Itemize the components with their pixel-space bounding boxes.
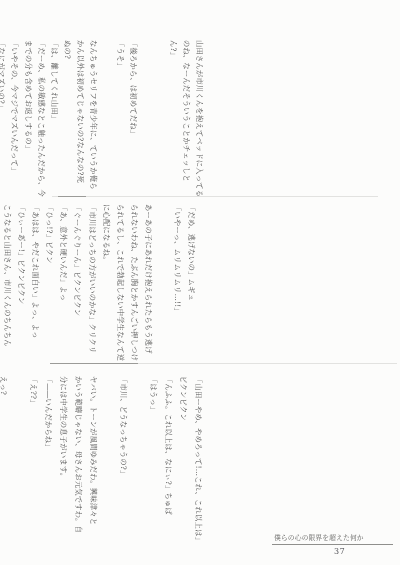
text-line: ぬの? [61, 36, 74, 190]
text-line: られないわね、たぶん胸とかすんごい押しつけ [127, 200, 141, 346]
text-line: 「ぐーんぐりーん」ビクンビクン [70, 200, 84, 346]
text-line [101, 36, 114, 190]
text-line: 「いやーっ、ムリムリムリ…!!」 [170, 200, 184, 346]
text-line: 「はうっ」 [146, 372, 161, 528]
text-line: 「なにがマズいの?」 [0, 36, 8, 190]
sideways-text-block-3-lines: 「山田ーやめ、やめろって!…これ、これ以上は」ビクンビクン「んふふ。これ以上は、… [0, 372, 206, 528]
page-number: 37 [334, 547, 397, 556]
footer-chapter-title: 僕らの心の限界を超えた何か [272, 532, 397, 542]
sideways-text-block-2-lines: 「だめ、逃げないの」ムギュ「いやーっ、ムリムリムリ…!!」あーあの子にあれだけ抱… [0, 200, 198, 346]
text-line [11, 372, 26, 528]
text-line: 「後ろから、は初めてだね」 [127, 36, 140, 190]
column-divider-rule-2-dark-segment [50, 363, 138, 364]
column-divider-rule-2 [50, 363, 397, 364]
sideways-text-block-3: 「山田ーやめ、やめろって!…これ、これ以上は」ビクンビクン「んふふ。これ以上は、… [50, 372, 397, 528]
text-line: あーあの子にあれだけ抱えられたらもう逃げ [141, 200, 155, 346]
text-line: ビクンビクン [176, 372, 191, 528]
text-line: こうなると山田さん、市川くんのちんちん [0, 200, 14, 346]
book-page: 山田さんが市川くんを抱えてベッドに入ってるのね、なーんだそういうことかチェッしと… [0, 0, 400, 565]
text-line: 「うそ」 [114, 36, 127, 190]
text-line [155, 200, 169, 346]
text-line: 分には中学生の息子がいます。 [56, 372, 71, 528]
text-line: かいう範疇じゃない、母さんお元気ですわ。自 [71, 372, 86, 528]
text-line: 「あ、意外と硬いんだ」よっ [56, 200, 70, 346]
text-line: 「ひっ!?」ビクン [42, 200, 56, 346]
text-line: ん?」 [166, 36, 179, 190]
text-line [131, 372, 146, 528]
text-line: 「ひぃーあ゙ー!」ビクンビクン [14, 200, 28, 346]
text-line: えっ? [0, 372, 11, 528]
text-line: かん以外は初めてじゃないの?なんなの?死 [74, 36, 87, 190]
column-divider-rule-1 [52, 196, 378, 197]
sideways-text-block-1: 山田さんが市川くんを抱えてベッドに入ってるのね、なーんだそういうことかチェッしと… [52, 36, 397, 190]
text-line: までの分も含めてお返しするの」 [21, 36, 34, 190]
text-line: られてるし、これで勃起しない中学生なんて逆 [113, 200, 127, 346]
text-line [101, 372, 116, 528]
text-line: ヤバい。トーンが風間ゆみだわ。興味津々と [86, 372, 101, 528]
text-line: 「市川はどっちの方がいいのかな」クリクリ [85, 200, 99, 346]
text-line: 「――いんだからね」 [41, 372, 56, 528]
text-line: 「いやその、今マジでマズいんだって」 [8, 36, 21, 190]
text-line: 「え??」 [26, 372, 41, 528]
sideways-text-block-2: 「だめ、逃げないの」ムギュ「いやーっ、ムリムリムリ…!!」あーあの子にあれだけ抱… [52, 200, 378, 346]
text-line: なんちゅうセリフを青少年に、ていうか俺ら [87, 36, 100, 190]
page-footer: 僕らの心の限界を超えた何か 37 [272, 532, 397, 556]
text-line: 「だめ、逃げないの」ムギュ [184, 200, 198, 346]
text-line: 「だーめ、私の敏感なとこ触ったんだから、今 [35, 36, 48, 190]
text-line: 「は、離してくれ山田」 [48, 36, 61, 190]
footer-rule [272, 544, 393, 545]
sideways-text-block-1-lines: 山田さんが市川くんを抱えてベッドに入ってるのね、なーんだそういうことかチェッしと… [0, 36, 206, 190]
text-line: のね、なーんだそういうことかチェッしと [180, 36, 193, 190]
text-line: 山田さんが市川くんを抱えてベッドに入ってる [193, 36, 206, 190]
text-line: 「あはは、やだこれ面白い」よっ、よっ [28, 200, 42, 346]
column-divider-rule-1-dark-segment [58, 196, 86, 197]
text-line: に心配になるね。 [99, 200, 113, 346]
text-line [140, 36, 153, 190]
text-line: 「市川、どうなっちゃうの?」 [116, 372, 131, 528]
text-line [153, 36, 166, 190]
text-line: 「んふふ。これ以上は、なにぃ?」ちゅぱ [161, 372, 176, 528]
text-line: 「山田ーやめ、やめろって!…これ、これ以上は」 [191, 372, 206, 528]
